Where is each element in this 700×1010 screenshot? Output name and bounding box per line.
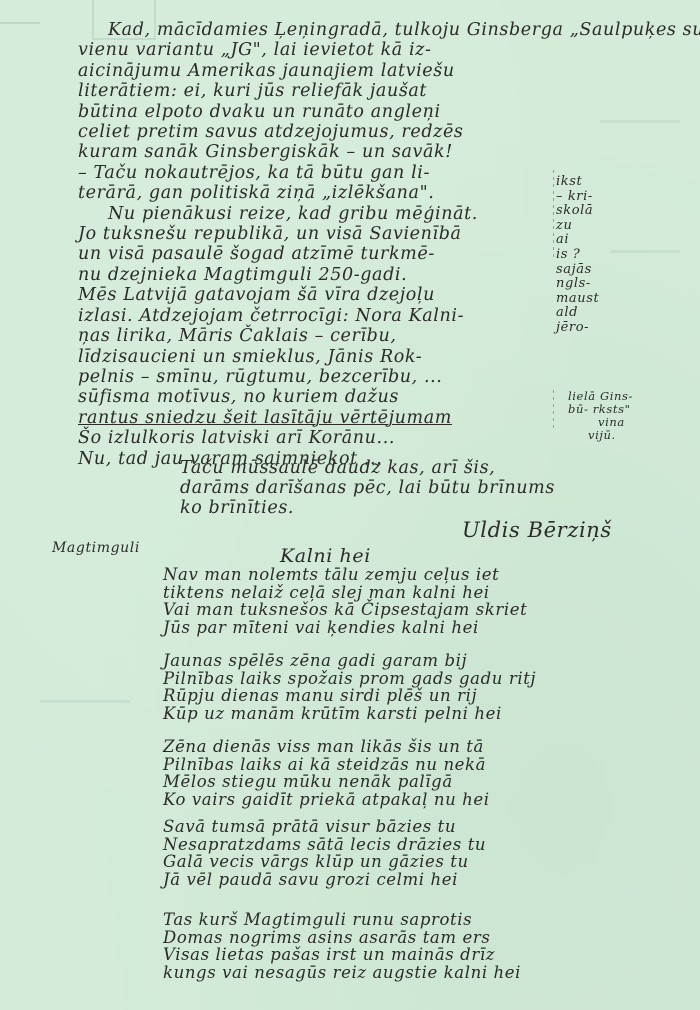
closing-line: ko brīnīties. xyxy=(180,498,555,518)
letter-line: būtina elpoto dvaku un runāto angleņi xyxy=(78,102,558,122)
letter-line: Šo izlulkoris latviski arī Korānu... xyxy=(78,428,558,448)
letter-line: vienu variantu „JG", lai ievietot kā iz- xyxy=(78,40,558,60)
poem-line: Nesapratzdams sātā lecis drāzies tu xyxy=(163,836,486,854)
bleed-through-mark xyxy=(610,250,680,253)
poem-author: Magtimguli xyxy=(52,540,140,556)
margin-note-line: maust xyxy=(556,292,599,307)
poem-line: Savā tumsā prātā visur bāzies tu xyxy=(163,818,486,836)
margin-note-line: ald xyxy=(556,306,599,321)
poem-line: Pilnības laiks spožais prom gads gadu ri… xyxy=(163,670,536,688)
letter-line: ņas lirika, Māris Čaklais – cerību, xyxy=(78,326,558,346)
closing-line: darāms darīšanas pēc, lai būtu brīnums xyxy=(180,478,555,498)
poem-line: kungs vai nesagūs reiz augstie kalni hei xyxy=(163,964,521,982)
margin-note: lielā Gins- bū- rksts" vina vijū. xyxy=(568,390,633,442)
letter-line: kuram sanāk Ginsbergiskāk – un savāk! xyxy=(78,142,558,162)
poem-title: Kalni hei xyxy=(280,545,371,567)
poem-stanza: Jaunas spēlēs zēna gadi garam bij Pilnīb… xyxy=(163,652,536,722)
poem-line: Tas kurš Magtimguli runu saprotis xyxy=(163,911,521,929)
letter-line: aicinājumu Amerikas jaunajiem latviešu xyxy=(78,61,558,81)
letter-line: pelnis – smīnu, rūgtumu, bezcerību, ... xyxy=(78,367,558,387)
letter-line: Jo tuksnešu republikā, un visā Savienībā xyxy=(78,224,558,244)
letter-line: nu dzejnieka Magtimguli 250-gadi. xyxy=(78,265,558,285)
letter-line: literātiem: ei, kuri jūs reliefāk jaušat xyxy=(78,81,558,101)
margin-note-line: vijū. xyxy=(568,429,633,442)
poem-stanza: Savā tumsā prātā visur bāzies tu Nesapra… xyxy=(163,818,486,888)
poem-line: Ko vairs gaidīt priekā atpakaļ nu hei xyxy=(163,791,490,809)
margin-note: ikst – kri- skolā zu ai is ? sajās ngls-… xyxy=(556,175,599,336)
margin-note-line: is ? xyxy=(556,248,599,263)
letter-line: celiet pretim savus atdzejojumus, redzēs xyxy=(78,122,558,142)
poem-line: Mēlos stiegu mūku nenāk palīgā xyxy=(163,773,490,791)
letter-line: – Taču nokautrējos, ka tā būtu gan li- xyxy=(78,163,558,183)
poem-line: tiktens nelaiž ceļā slej man kalni hei xyxy=(163,584,527,602)
letter-line: Kad, mācīdamies Ļeņingradā, tulkoju Gins… xyxy=(78,20,558,40)
letter-line: Mēs Latvijā gatavojam šā vīra dzejoļu xyxy=(78,285,558,305)
letter-line: Nu pienākusi reize, kad gribu mēģināt. xyxy=(78,204,558,224)
letter-line: rantus sniedzu šeit lasītāju vērtējumam xyxy=(78,408,558,428)
letter-line: izlasi. Atdzejojam četrrocīgi: Nora Kaln… xyxy=(78,306,558,326)
letter-line: terārā, gan politiskā ziņā „izlēkšana". xyxy=(78,183,558,203)
poem-line: Vai man tuksnešos kā Čipsestajam skriet xyxy=(163,601,527,619)
letter-line: un visā pasaulē šogad atzīmē turkmē- xyxy=(78,244,558,264)
signature: Uldis Bērziņš xyxy=(462,518,612,542)
margin-note-line: sajās xyxy=(556,263,599,278)
letter-line: līdzisaucieni un smieklus, Jānis Rok- xyxy=(78,347,558,367)
poem-line: Jūs par mīteni vai ķendies kalni hei xyxy=(163,619,527,637)
poem-line: Nav man nolemts tālu zemju ceļus iet xyxy=(163,566,527,584)
poem-line: Visas lietas pašas irst un mainās drīz xyxy=(163,946,521,964)
bleed-through-mark xyxy=(40,700,130,703)
poem-line: Galā vecis vārgs klūp un gāzies tu xyxy=(163,853,486,871)
poem-line: Jaunas spēlēs zēna gadi garam bij xyxy=(163,652,536,670)
margin-note-line: ngls- xyxy=(556,277,599,292)
closing-line: Taču mūssaulē daudz kas, arī šis, xyxy=(180,458,555,478)
poem-line: Kūp uz manām krūtīm karsti pelni hei xyxy=(163,705,536,723)
poem-line: Rūpju dienas manu sirdi plēš un rij xyxy=(163,687,536,705)
margin-note-line: ai xyxy=(556,233,599,248)
margin-note-line: ikst xyxy=(556,175,599,190)
bleed-through-mark xyxy=(600,120,680,123)
poem-stanza: Zēna dienās viss man likās šis un tā Pil… xyxy=(163,738,490,808)
margin-note-line: skolā xyxy=(556,204,599,219)
poem-line: Pilnības laiks ai kā steidzās nu nekā xyxy=(163,756,490,774)
margin-note-line: zu xyxy=(556,219,599,234)
margin-note-line: jēro- xyxy=(556,321,599,336)
letter-line: sūfisma motīvus, no kuriem dažus xyxy=(78,387,558,407)
margin-note-line: – kri- xyxy=(556,190,599,205)
bleed-through-mark xyxy=(0,22,40,24)
poem-line: Jā vēl paudā savu grozi celmi hei xyxy=(163,871,486,889)
poem-line: Zēna dienās viss man likās šis un tā xyxy=(163,738,490,756)
poem-stanza: Nav man nolemts tālu zemju ceļus iet tik… xyxy=(163,566,527,636)
letter-closing: Taču mūssaulē daudz kas, arī šis, darāms… xyxy=(180,458,555,518)
scanned-page: Kad, mācīdamies Ļeņingradā, tulkoju Gins… xyxy=(0,0,700,1010)
letter-body: Kad, mācīdamies Ļeņingradā, tulkoju Gins… xyxy=(78,20,558,469)
poem-line: Domas nogrims asins asarās tam ers xyxy=(163,929,521,947)
poem-stanza: Tas kurš Magtimguli runu saprotis Domas … xyxy=(163,911,521,981)
